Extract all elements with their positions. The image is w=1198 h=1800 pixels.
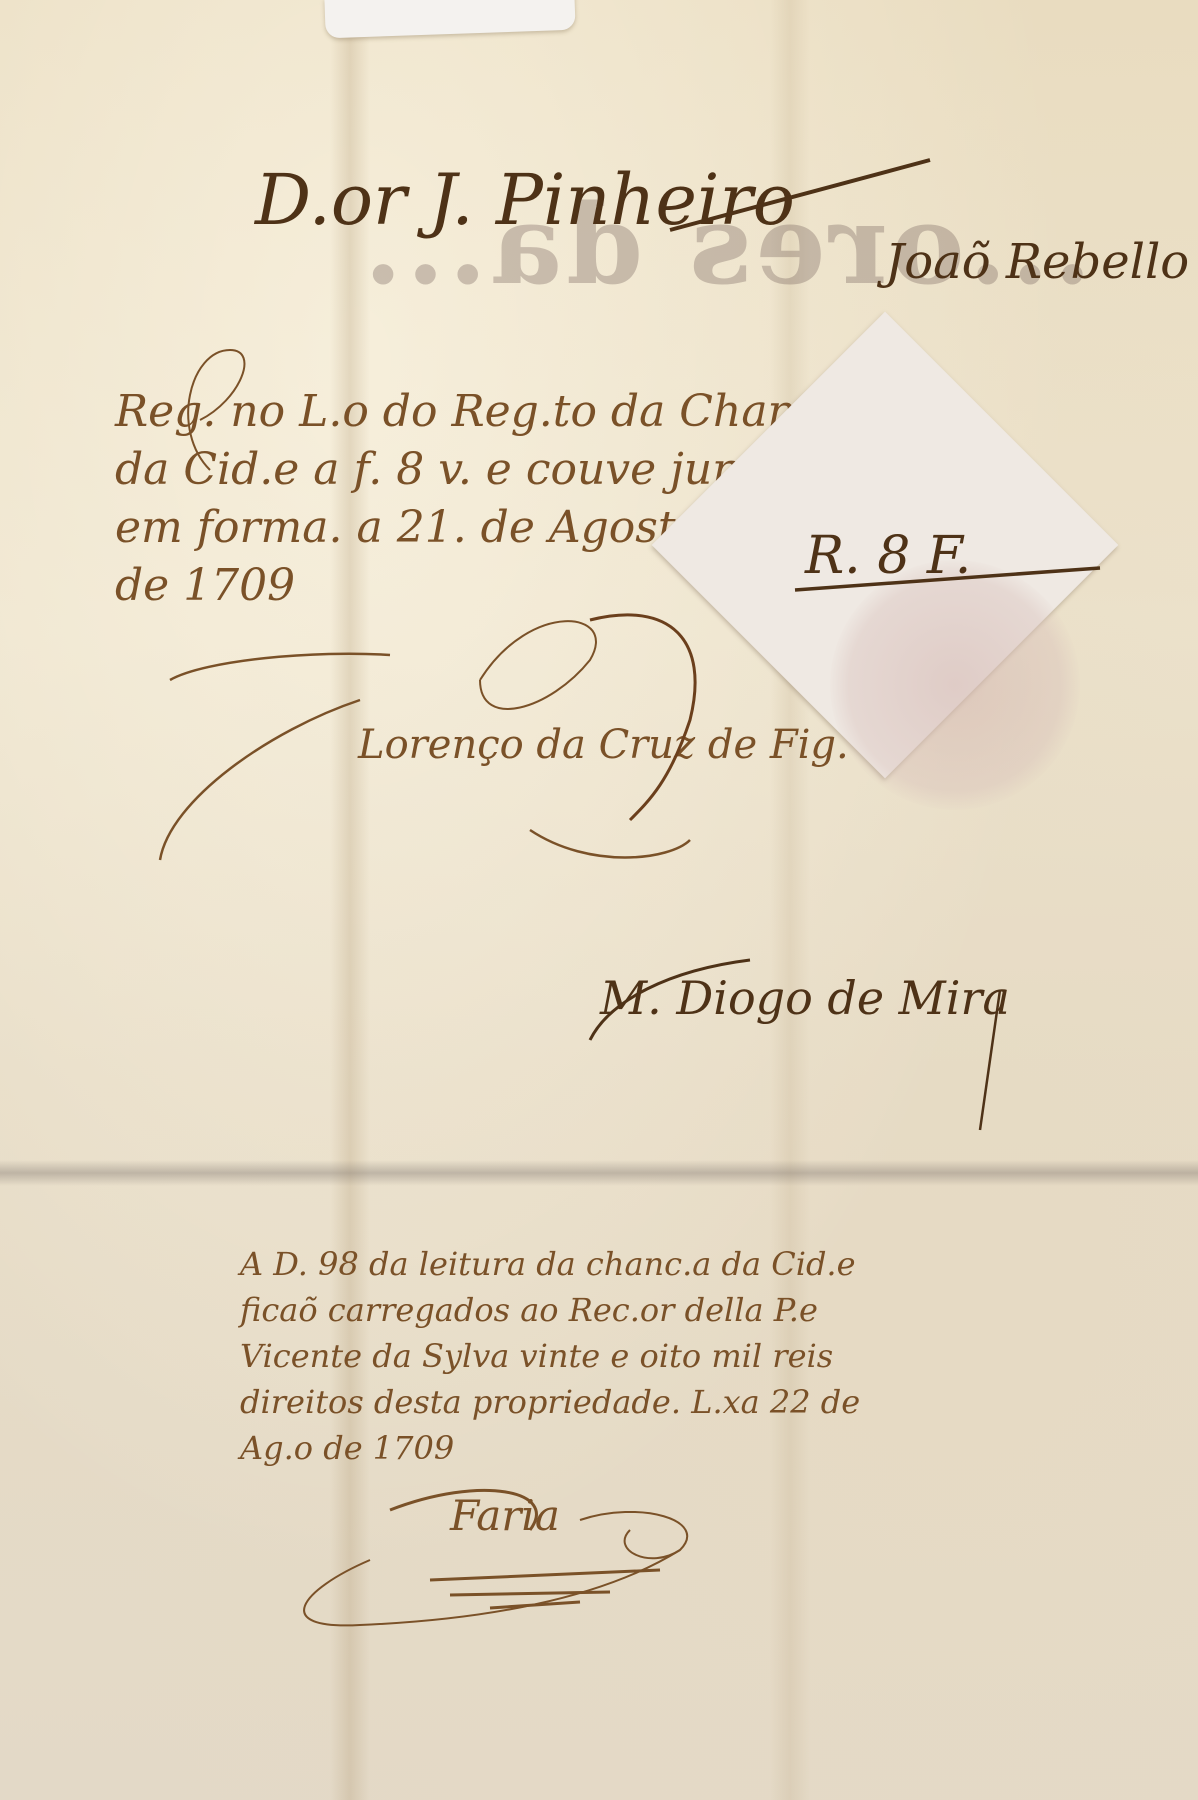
fee-line-1: A D. 98 da leitura da chanc.a da Cid.e [240, 1248, 860, 1280]
fee-note: A D. 98 da leitura da chanc.a da Cid.e f… [240, 1248, 860, 1478]
wax-seal-imprint [830, 560, 1080, 810]
minister-signature: M. Diogo de Mira [600, 975, 1010, 1021]
fee-line-4: direitos desta propriedade. L.xa 22 de [240, 1386, 860, 1418]
horizontal-fold [0, 1160, 1198, 1186]
final-signature-faria: Faria [450, 1495, 560, 1537]
seal-annotation: R. 8 F. [805, 530, 971, 582]
signature-pinheiro: D.or J. Pinheiro [255, 165, 795, 235]
fee-line-2: ficaõ carregados ao Rec.or della P.e [240, 1294, 860, 1326]
signature-rebello: Joaõ Rebello [885, 238, 1189, 286]
fee-line-5: Ag.o de 1709 [240, 1432, 860, 1464]
clerk-signature: Lorenço da Cruz de Fig. [358, 725, 849, 765]
fee-line-3: Vicente da Sylva vinte e oito mil reis [240, 1340, 860, 1372]
